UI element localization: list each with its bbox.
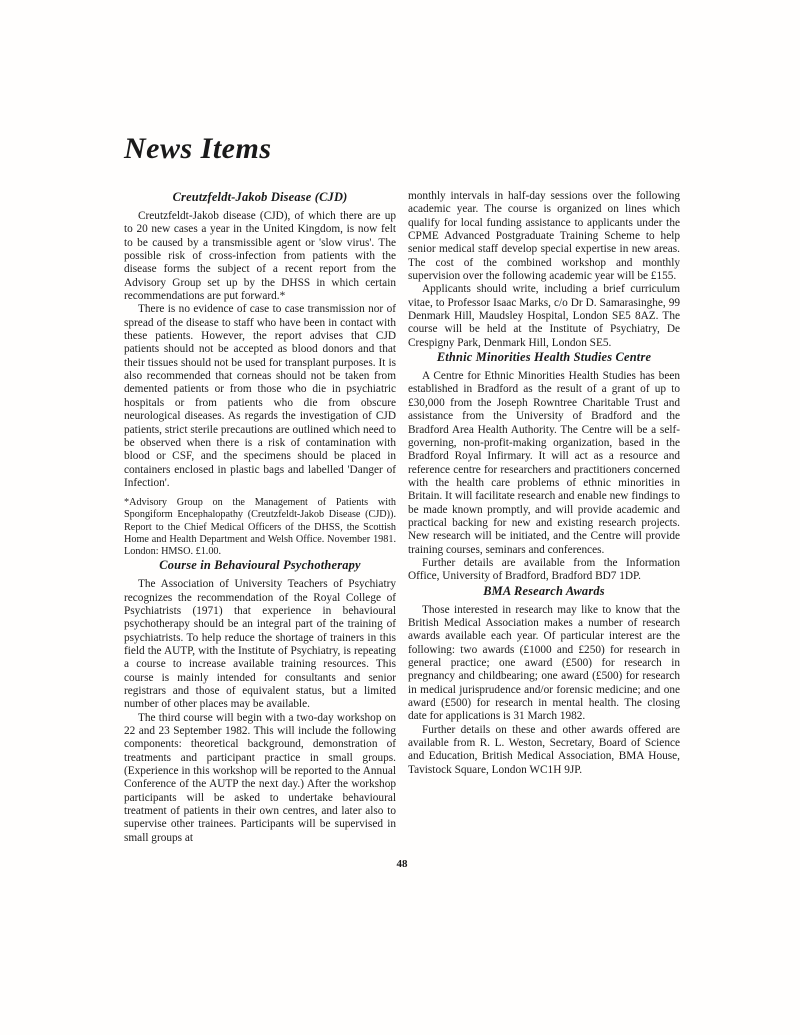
course-continued-paragraph-1: monthly intervals in half-day sessions o… [408,190,680,283]
cjd-paragraph-1: Creutzfeldt-Jakob disease (CJD), of whic… [124,210,396,303]
right-column: monthly intervals in half-day sessions o… [408,190,680,777]
section-heading-course: Course in Behavioural Psychotherapy [124,558,396,572]
cjd-footnote: *Advisory Group on the Management of Pat… [124,497,396,558]
course-paragraph-1: The Association of University Teachers o… [124,578,396,711]
page-title: News Items [124,133,272,165]
page-number: 48 [124,858,680,870]
ethnic-paragraph-2: Further details are available from the I… [408,557,680,584]
bma-paragraph-1: Those interested in research may like to… [408,604,680,724]
course-paragraph-2: The third course will begin with a two-d… [124,712,396,845]
section-heading-cjd: Creutzfeldt-Jakob Disease (CJD) [124,190,396,204]
ethnic-paragraph-1: A Centre for Ethnic Minorities Health St… [408,370,680,557]
course-continued-paragraph-2: Applicants should write, including a bri… [408,283,680,350]
left-column: Creutzfeldt-Jakob Disease (CJD) Creutzfe… [124,190,396,845]
cjd-paragraph-2: There is no evidence of case to case tra… [124,303,396,490]
section-heading-ethnic: Ethnic Minorities Health Studies Centre [408,350,680,364]
section-heading-bma: BMA Research Awards [408,584,680,598]
journal-page: News Items Creutzfeldt-Jakob Disease (CJ… [0,0,800,1035]
bma-paragraph-2: Further details on these and other award… [408,724,680,777]
